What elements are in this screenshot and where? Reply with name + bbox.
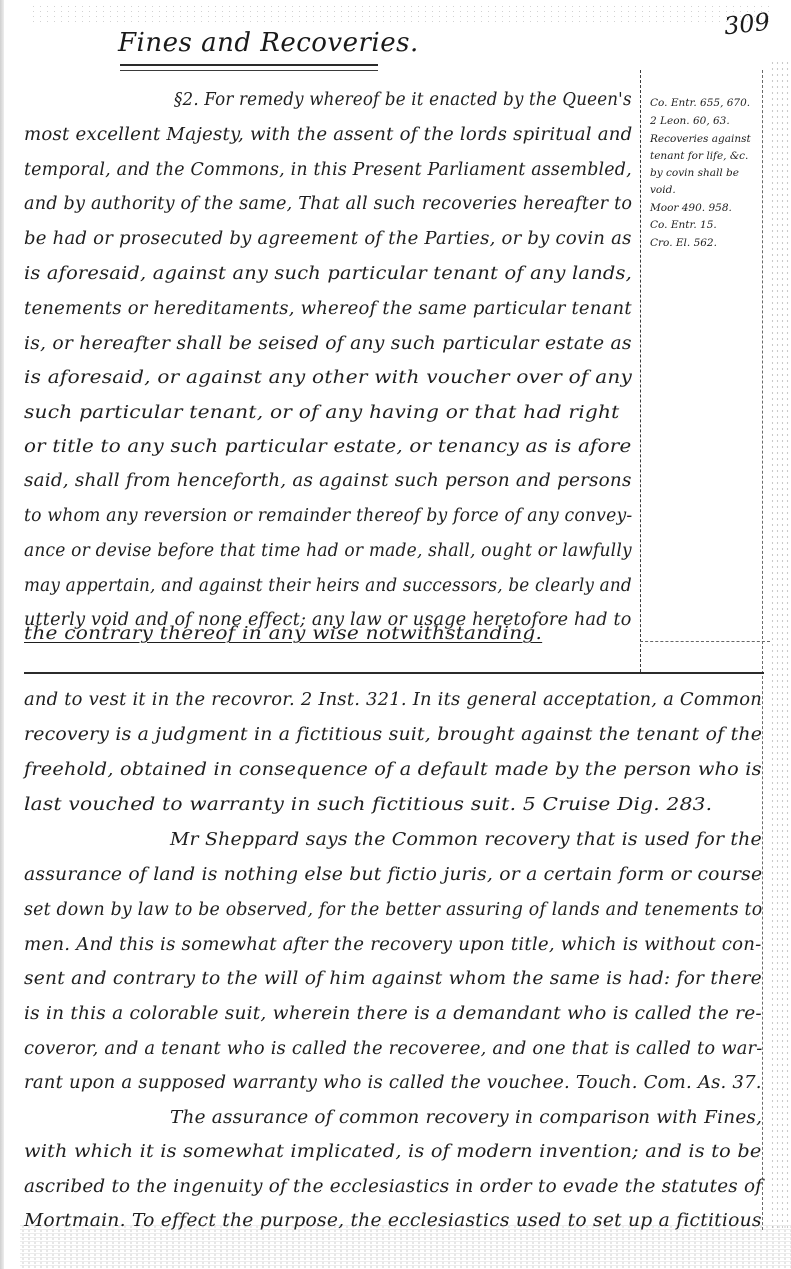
commentary-line: with which it is somewhat implicated, is… (24, 1142, 761, 1162)
commentary-line: Mr Sheppard says the Common recovery tha… (170, 830, 762, 850)
commentary-line: and to vest it in the recovror. 2 Inst. … (24, 690, 762, 710)
margin-note: Cro. El. 562. (650, 237, 717, 249)
commentary-line: men. And this is somewhat after the reco… (24, 935, 762, 955)
statute-line: such particular tenant, or of any having… (24, 403, 620, 423)
commentary-line: ascribed to the ingenuity of the ecclesi… (24, 1177, 762, 1197)
commentary-line: freehold, obtained in consequence of a d… (24, 760, 762, 780)
scan-noise-top (30, 4, 770, 22)
statute-line: to whom any reversion or remainder there… (24, 506, 632, 526)
statute-line: §2. For remedy whereof be it enacted by … (174, 90, 632, 110)
page-number: 309 (723, 8, 771, 41)
commentary-line: assurance of land is nothing else but fi… (24, 865, 762, 885)
commentary-line: set down by law to be observed, for the … (24, 900, 762, 920)
commentary-line: is in this a colorable suit, wherein the… (24, 1004, 762, 1024)
margin-note: Recoveries against (650, 133, 751, 145)
statute-line: may appertain, and against their heirs a… (24, 576, 632, 596)
statute-line: ance or devise before that time had or m… (24, 541, 632, 561)
page-title: Fines and Recoveries. (118, 28, 419, 58)
margin-note: Co. Entr. 655, 670. (650, 97, 750, 109)
statute-line: be had or prosecuted by agreement of the… (24, 229, 632, 249)
margin-note: by covin shall be (650, 167, 739, 179)
statute-line: tenements or hereditaments, whereof the … (24, 299, 632, 319)
statute-line: temporal, and the Commons, in this Prese… (24, 160, 632, 180)
statute-line: said, shall from henceforth, as against … (24, 471, 632, 491)
commentary-line: last vouched to warranty in such fictiti… (24, 795, 712, 815)
margin-column-rule (640, 70, 642, 672)
statute-line: is, or hereafter shall be seised of any … (24, 334, 632, 354)
commentary-line: sent and contrary to the will of him aga… (24, 969, 762, 989)
margin-note: tenant for life, &c. (650, 150, 748, 162)
statute-line: the contrary thereof in any wise notwith… (24, 624, 542, 644)
title-underline (120, 64, 378, 71)
margin-divider (640, 641, 770, 642)
commentary-line: rant upon a supposed warranty who is cal… (24, 1073, 762, 1093)
statute-line: or title to any such particular estate, … (24, 437, 632, 457)
margin-note: Moor 490. 958. (650, 202, 732, 214)
scan-edge (0, 0, 4, 1269)
section-divider (24, 672, 764, 674)
margin-note: Co. Entr. 15. (650, 219, 717, 231)
margin-note: void. (650, 184, 676, 196)
margin-note: 2 Leon. 60, 63. (650, 115, 730, 127)
commentary-line: Mortmain. To effect the purpose, the ecc… (24, 1211, 762, 1231)
commentary-line: coveror, and a tenant who is called the … (24, 1039, 762, 1059)
statute-line: most excellent Majesty, with the assent … (24, 125, 632, 145)
commentary-line: The assurance of common recovery in comp… (170, 1108, 762, 1128)
scan-noise-bottom (20, 1225, 791, 1269)
statute-line: and by authority of the same, That all s… (24, 194, 632, 214)
commentary-line: recovery is a judgment in a fictitious s… (24, 725, 762, 745)
statute-line: is aforesaid, or against any other with … (24, 368, 632, 388)
scan-noise-right (770, 60, 791, 1230)
statute-line: is aforesaid, against any such particula… (24, 264, 632, 284)
